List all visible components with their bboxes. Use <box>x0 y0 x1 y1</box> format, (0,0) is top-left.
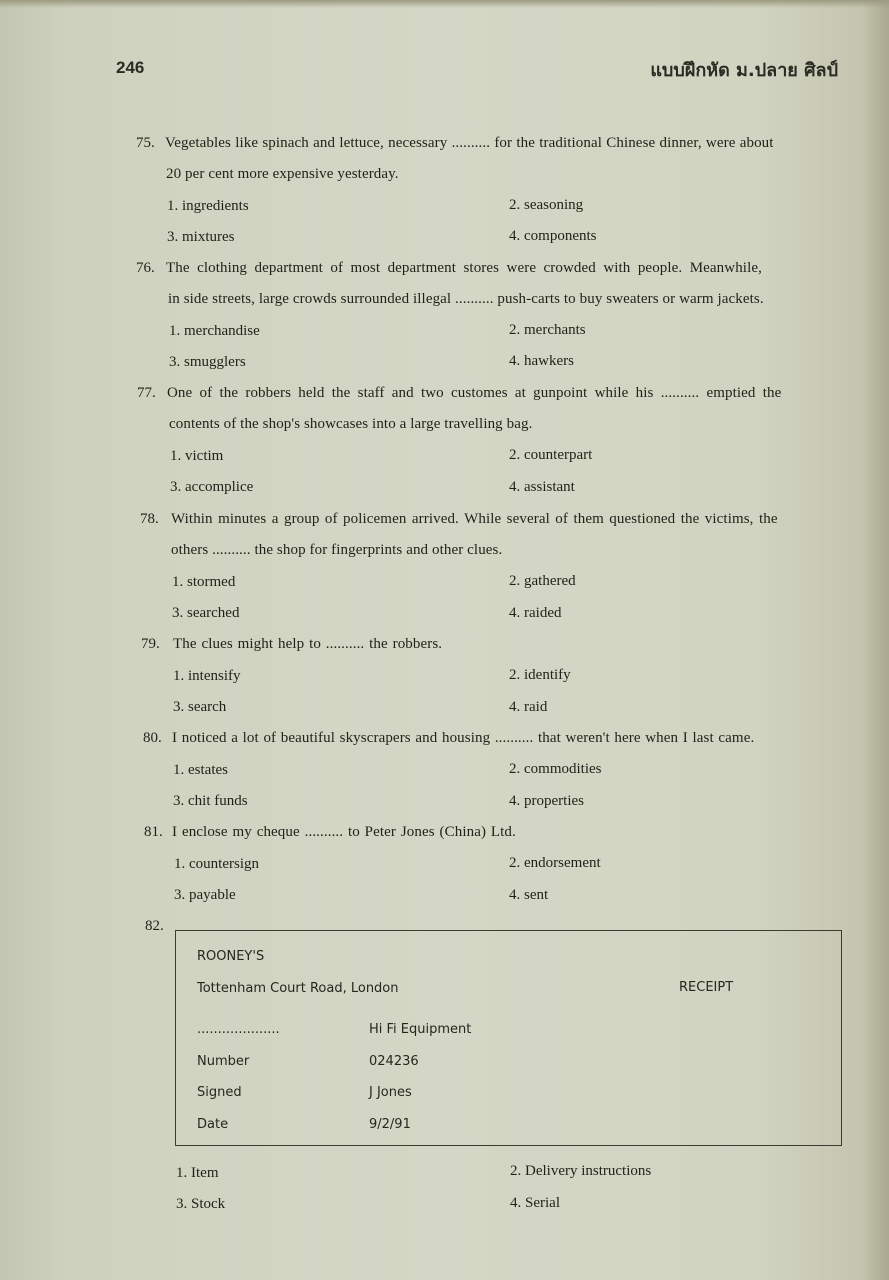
question-text-line: I noticed a lot of beautiful skyscrapers… <box>172 730 754 747</box>
question-text-line: The clues might help to .......... the r… <box>173 636 442 653</box>
receipt-signed-value: J Jones <box>369 1085 412 1100</box>
page-number: 246 <box>116 58 144 78</box>
option-3[interactable]: 3. searched <box>172 605 239 622</box>
receipt-date-value: 9/2/91 <box>369 1117 411 1132</box>
receipt-signed-label: Signed <box>197 1085 242 1100</box>
question-text-line: others .......... the shop for fingerpri… <box>171 542 502 559</box>
option-2[interactable]: 2. merchants <box>509 322 586 339</box>
receipt-address: Tottenham Court Road, London <box>197 981 399 996</box>
option-4[interactable]: 4. components <box>509 228 597 245</box>
receipt-date-label: Date <box>197 1117 228 1132</box>
option-2[interactable]: 2. counterpart <box>509 447 592 464</box>
option-4[interactable]: 4. sent <box>509 887 548 904</box>
book-title: แบบฝึกหัด ม.ปลาย ศิลป์ <box>650 55 838 84</box>
option-1[interactable]: 1. intensify <box>173 668 241 685</box>
option-3[interactable]: 3. mixtures <box>167 229 235 246</box>
question-text-line: 20 per cent more expensive yesterday. <box>166 166 399 183</box>
receipt-box: ROONEY'S Tottenham Court Road, London RE… <box>175 930 842 1146</box>
option-3[interactable]: 3. accomplice <box>170 479 253 496</box>
option-4[interactable]: 4. raid <box>509 699 547 716</box>
receipt-blank-label: .................... <box>197 1022 280 1037</box>
question-number: 80. <box>143 730 162 747</box>
option-3[interactable]: 3. smugglers <box>169 354 246 371</box>
option-4[interactable]: 4. hawkers <box>509 353 574 370</box>
question-number: 77. <box>137 385 156 402</box>
option-3[interactable]: 3. payable <box>174 887 236 904</box>
option-3[interactable]: 3. search <box>173 699 226 716</box>
question-text-line: in side streets, large crowds surrounded… <box>168 291 764 308</box>
question-number: 81. <box>144 824 163 841</box>
option-1[interactable]: 1. ingredients <box>167 198 249 215</box>
option-1[interactable]: 1. merchandise <box>169 323 260 340</box>
option-2[interactable]: 2. gathered <box>509 573 576 590</box>
question-number: 79. <box>141 636 160 653</box>
question-number: 76. <box>136 260 155 277</box>
option-2[interactable]: 2. endorsement <box>509 855 601 872</box>
question-text-line: I enclose my cheque .......... to Peter … <box>172 824 516 841</box>
option-1[interactable]: 1. stormed <box>172 574 235 591</box>
question-number: 75. <box>136 135 155 152</box>
option-4[interactable]: 4. properties <box>509 793 584 810</box>
option-2[interactable]: 2. commodities <box>509 761 602 778</box>
receipt-shop-name: ROONEY'S <box>197 949 264 964</box>
receipt-number-label: Number <box>197 1054 249 1069</box>
option-2[interactable]: 2. seasoning <box>509 197 583 214</box>
option-3[interactable]: 3. Stock <box>176 1196 225 1213</box>
receipt-item-value: Hi Fi Equipment <box>369 1022 471 1037</box>
option-2[interactable]: 2. identify <box>509 667 571 684</box>
question-text-line: One of the robbers held the staff and tw… <box>167 385 781 402</box>
option-1[interactable]: 1. estates <box>173 762 228 779</box>
receipt-number-value: 024236 <box>369 1054 419 1069</box>
option-3[interactable]: 3. chit funds <box>173 793 248 810</box>
question-number: 78. <box>140 511 159 528</box>
question-text-line: Vegetables like spinach and lettuce, nec… <box>165 135 774 152</box>
option-4[interactable]: 4. assistant <box>509 479 575 496</box>
option-2[interactable]: 2. Delivery instructions <box>510 1163 651 1180</box>
question-text-line: The clothing department of most departme… <box>166 260 762 277</box>
receipt-type: RECEIPT <box>679 980 733 995</box>
option-1[interactable]: 1. Item <box>176 1165 219 1182</box>
option-1[interactable]: 1. countersign <box>174 856 259 873</box>
option-4[interactable]: 4. Serial <box>510 1195 560 1212</box>
question-number: 82. <box>145 918 164 935</box>
book-page: 246 แบบฝึกหัด ม.ปลาย ศิลป์ 75. Vegetable… <box>0 0 889 1280</box>
option-4[interactable]: 4. raided <box>509 605 561 622</box>
question-text-line: Within minutes a group of policemen arri… <box>171 511 778 528</box>
question-text-line: contents of the shop's showcases into a … <box>169 416 532 433</box>
option-1[interactable]: 1. victim <box>170 448 223 465</box>
